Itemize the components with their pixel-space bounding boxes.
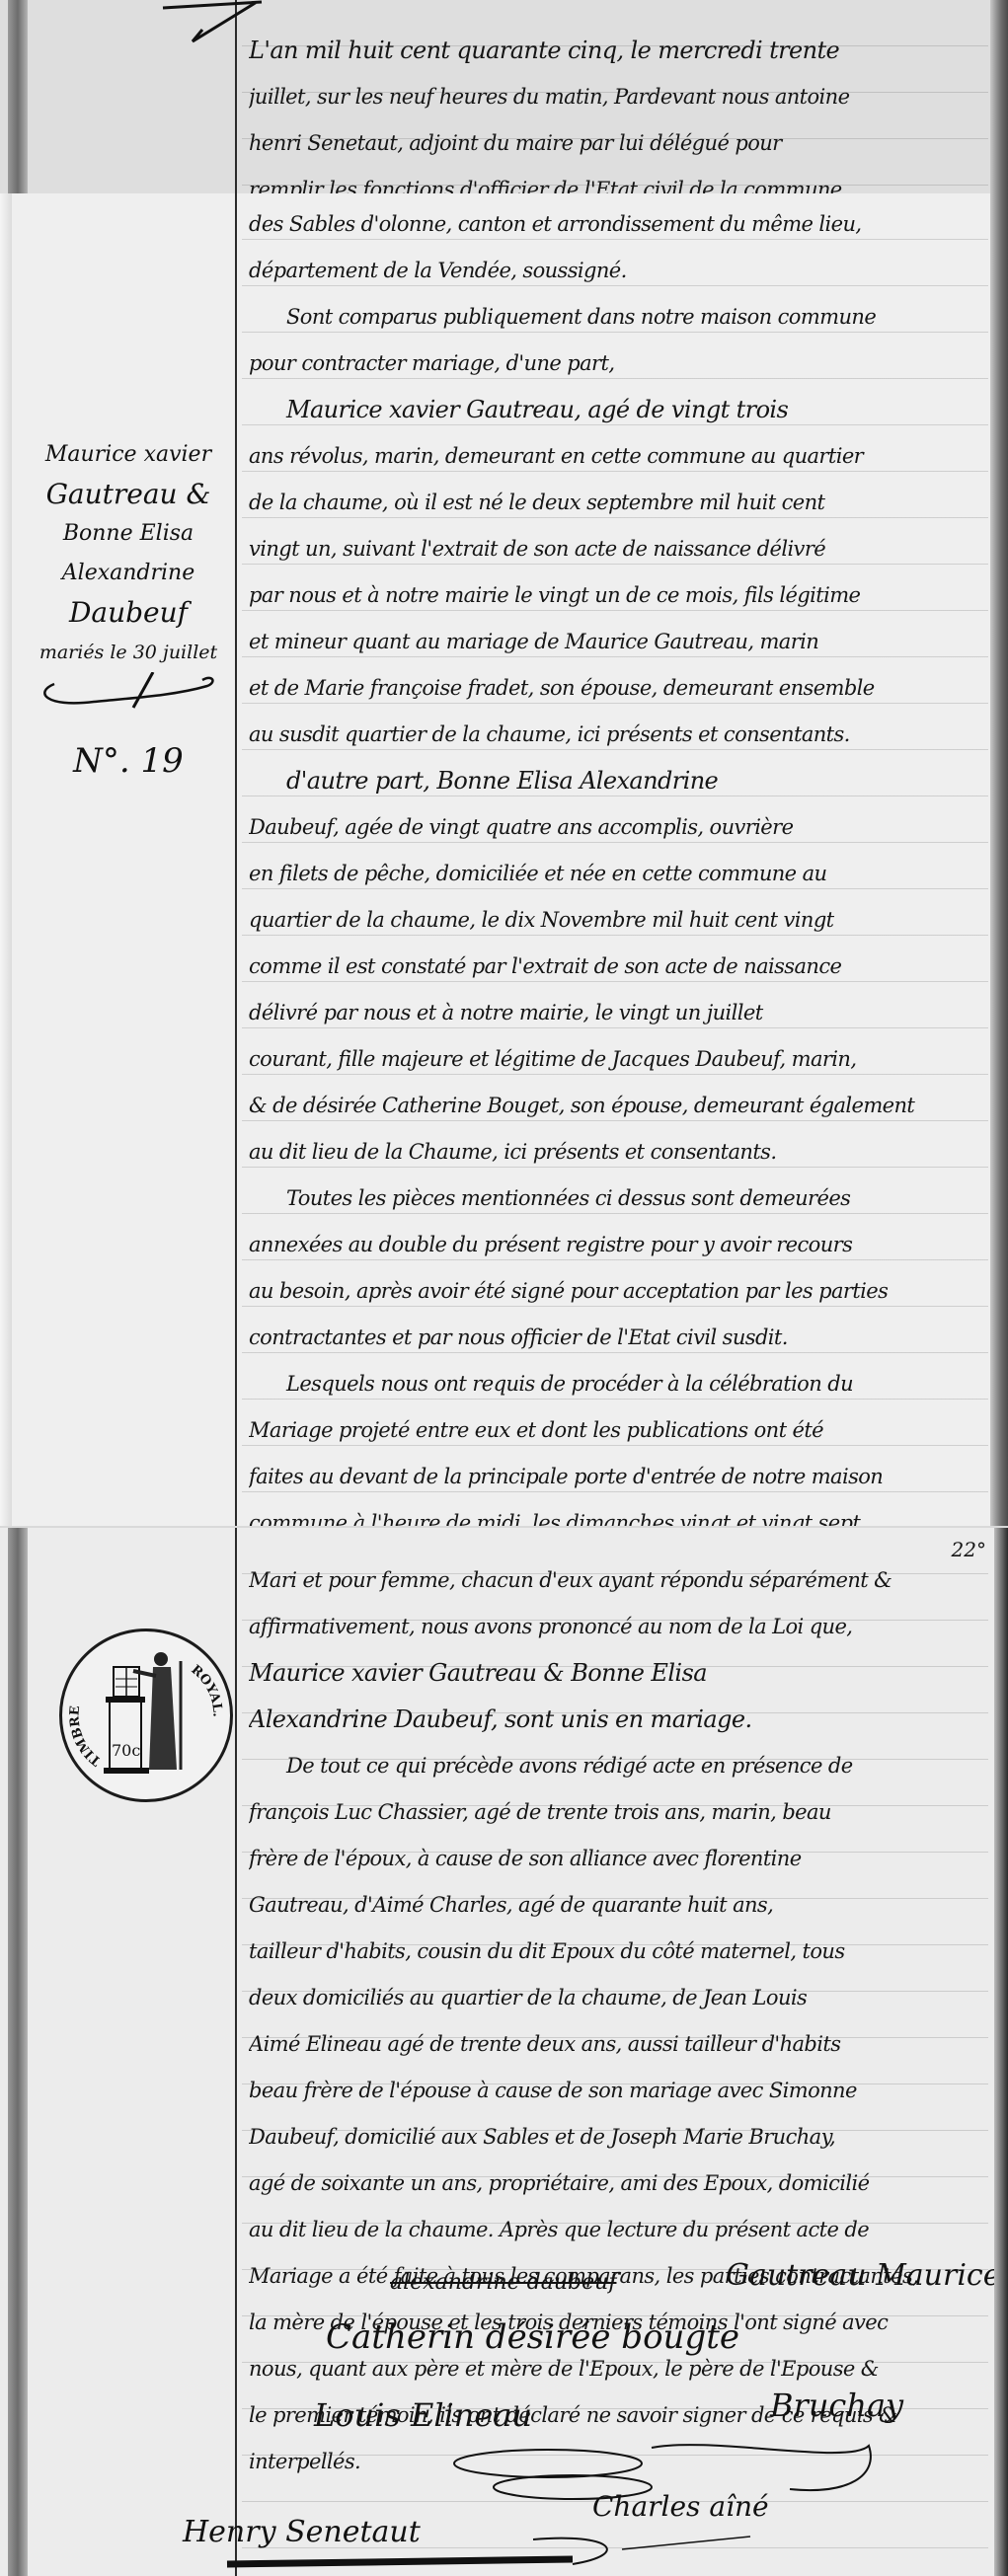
text-line: contractantes et par nous officier de l'… xyxy=(249,1315,984,1361)
text-line: tailleur d'habits, cousin du dit Epoux d… xyxy=(249,1929,984,1975)
text-line: frère de l'époux, à cause de son allianc… xyxy=(249,1836,984,1882)
text-line: L'an mil huit cent quarante cinq, le mer… xyxy=(249,28,984,74)
margin-rule xyxy=(235,193,237,1526)
margin-line: Bonne Elisa xyxy=(30,514,227,554)
text-line: faites au devant de la principale porte … xyxy=(249,1454,984,1500)
text-line: ans révolus, marin, demeurant en cette c… xyxy=(249,433,984,480)
svg-text:TIMBRE: TIMBRE xyxy=(67,1705,104,1769)
binding-edge xyxy=(0,193,12,1526)
bride-name-line: d'autre part, Bonne Elisa Alexandrine xyxy=(249,758,984,804)
act-body-text: des Sables d'olonne, canton et arrondiss… xyxy=(249,201,984,1526)
text-line: françois Luc Chassier, agé de trente tro… xyxy=(249,1789,984,1836)
groom-name-line: Maurice xavier Gautreau, agé de vingt tr… xyxy=(249,387,984,433)
text-line: pour contracter mariage, d'une part, xyxy=(249,341,984,387)
signature-mother-of-bride: Catherin désirée bougte xyxy=(326,2317,739,2357)
text-line: et mineur quant au mariage de Maurice Ga… xyxy=(249,619,984,665)
binding-edge xyxy=(8,0,28,193)
signature-bride: alexandrine daubeuf xyxy=(390,2270,616,2295)
text-line: Mariage projeté entre eux et dont les pu… xyxy=(249,1407,984,1454)
royal-stamp: TIMBRE ROYAL. 70c xyxy=(59,1629,233,1802)
text-line: Daubeuf, agée de vingt quatre ans accomp… xyxy=(249,804,984,851)
margin-line: Gautreau & xyxy=(30,475,227,514)
stamp-text-right: ROYAL. xyxy=(188,1662,224,1716)
text-line: des Sables d'olonne, canton et arrondiss… xyxy=(249,201,984,248)
text-line: Daubeuf, domicilié aux Sables et de Jose… xyxy=(249,2114,984,2160)
text-line: De tout ce qui précède avons rédigé acte… xyxy=(249,1743,984,1789)
margin-line: mariés le 30 juillet xyxy=(30,633,227,672)
text-line: annexées au double du présent registre p… xyxy=(249,1222,984,1268)
flourish-icon xyxy=(35,672,222,712)
text-line: comme il est constaté par l'extrait de s… xyxy=(249,944,984,990)
text-line: délivré par nous et à notre mairie, le v… xyxy=(249,990,984,1036)
text-line: au dit lieu de la chaume. Après que lect… xyxy=(249,2207,984,2253)
margin-annotation: Maurice xavier Gautreau & Bonne Elisa Al… xyxy=(30,435,227,781)
margin-line: Maurice xavier xyxy=(30,435,227,475)
page-edge-right xyxy=(994,1528,1008,2576)
text-line: affirmativement, nous avons prononcé au … xyxy=(249,1604,984,1650)
stamp-text-left: TIMBRE xyxy=(67,1705,104,1769)
text-line: en filets de pêche, domiciliée et née en… xyxy=(249,851,984,897)
text-line: au susdit quartier de la chaume, ici pré… xyxy=(249,712,984,758)
stamp-value: 70c xyxy=(112,1741,140,1760)
margin-line: Daubeuf xyxy=(30,593,227,633)
svg-text:ROYAL.: ROYAL. xyxy=(188,1662,224,1716)
page-section-top: L'an mil huit cent quarante cinq, le mer… xyxy=(0,0,1008,193)
page-edge-right xyxy=(990,193,1008,1526)
binding-edge xyxy=(8,1528,28,2576)
text-line: Mari et pour femme, chacun d'eux ayant r… xyxy=(249,1557,984,1604)
text-line: commune à l'heure de midi, les dimanches… xyxy=(249,1500,984,1526)
act-opening-text: L'an mil huit cent quarante cinq, le mer… xyxy=(249,28,984,193)
text-line: & de désirée Catherine Bouget, son épous… xyxy=(249,1083,984,1129)
text-line: beau frère de l'épouse à cause de son ma… xyxy=(249,2068,984,2114)
page-section-bottom: 22° TIMBRE ROYAL. xyxy=(0,1528,1008,2576)
text-line: Sont comparus publiquement dans notre ma… xyxy=(249,294,984,341)
text-line: et de Marie françoise fradet, son épouse… xyxy=(249,665,984,712)
text-line: vingt un, suivant l'extrait de son acte … xyxy=(249,526,984,572)
text-line: Toutes les pièces mentionnées ci dessus … xyxy=(249,1175,984,1222)
spouses-name-line: Maurice xavier Gautreau & Bonne Elisa xyxy=(249,1650,984,1697)
spouses-name-line: Alexandrine Daubeuf, sont unis en mariag… xyxy=(249,1697,984,1743)
act-number: N°. 19 xyxy=(30,741,227,781)
signature-flourishes-icon xyxy=(158,2416,968,2574)
page-edge-right xyxy=(990,0,1008,193)
text-line: agé de soixante un ans, propriétaire, am… xyxy=(249,2160,984,2207)
text-line: quartier de la chaume, le dix Novembre m… xyxy=(249,897,984,944)
text-line: deux domiciliés au quartier de la chaume… xyxy=(249,1975,984,2021)
text-line: remplir les fonctions d'officier de l'Et… xyxy=(249,167,984,193)
text-line: Gautreau, d'Aimé Charles, agé de quarant… xyxy=(249,1882,984,1929)
text-line: par nous et à notre mairie le vingt un d… xyxy=(249,572,984,619)
page-section-middle: Maurice xavier Gautreau & Bonne Elisa Al… xyxy=(0,193,1008,1526)
text-line: juillet, sur les neuf heures du matin, P… xyxy=(249,74,984,120)
text-line: henri Senetaut, adjoint du maire par lui… xyxy=(249,120,984,167)
text-line: département de la Vendée, soussigné. xyxy=(249,248,984,294)
text-line: Lesquels nous ont requis de procéder à l… xyxy=(249,1361,984,1407)
signature-groom: Gautreau Maurice xyxy=(726,2258,1000,2293)
text-line: au dit lieu de la Chaume, ici présents e… xyxy=(249,1129,984,1175)
margin-line: Alexandrine xyxy=(30,554,227,593)
text-line: Aimé Elineau agé de trente deux ans, aus… xyxy=(249,2021,984,2068)
stamp-figure-icon: TIMBRE ROYAL. 70c xyxy=(62,1631,230,1799)
text-line: au besoin, après avoir été signé pour ac… xyxy=(249,1268,984,1315)
text-line: courant, fille majeure et légitime de Ja… xyxy=(249,1036,984,1083)
text-line: de la chaume, où il est né le deux septe… xyxy=(249,480,984,526)
